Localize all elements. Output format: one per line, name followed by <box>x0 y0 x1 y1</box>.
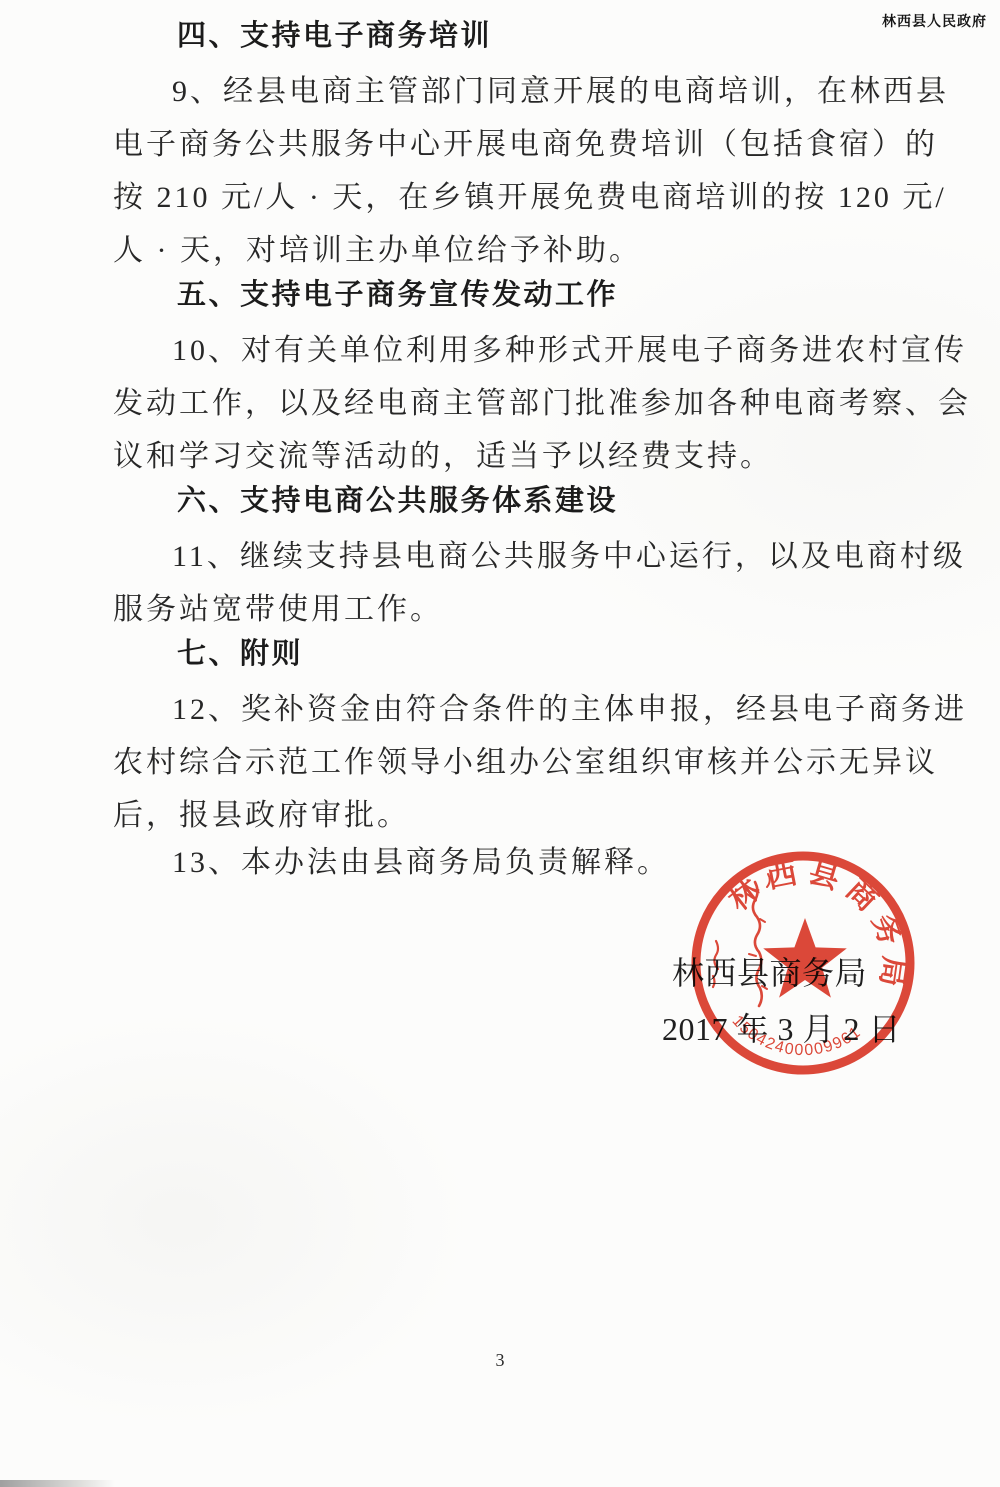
body-line: 9、经县电商主管部门同意开展的电商培训，在林西县 <box>113 65 913 118</box>
body-line: 12、奖补资金由符合条件的主体申报，经县电子商务进 <box>113 683 913 736</box>
section-heading: 六、支持电商公共服务体系建设 <box>113 475 913 528</box>
document-body: 四、支持电子商务培训 9、经县电商主管部门同意开展的电商培训，在林西县 电子商务… <box>113 10 913 889</box>
body-line: 按 210 元/人 · 天，在乡镇开展免费电商培训的按 120 元/ <box>113 171 913 224</box>
official-seal: 林西县商务局 15042400009961 <box>664 826 944 1106</box>
page-number: 3 <box>0 1350 1000 1371</box>
scan-edge-artifact <box>0 1480 115 1487</box>
body-line: 10、对有关单位利用多种形式开展电子商务进农村宣传 <box>113 324 913 377</box>
seal-mongolian-script <box>713 941 718 987</box>
body-line: 农村综合示范工作领导小组办公室组织审核并公示无异议 <box>113 736 913 789</box>
document-page: 林西县人民政府 四、支持电子商务培训 9、经县电商主管部门同意开展的电商培训，在… <box>0 0 1000 1487</box>
section-heading: 四、支持电子商务培训 <box>113 10 913 63</box>
body-line: 发动工作，以及经电商主管部门批准参加各种电商考察、会 <box>113 377 913 430</box>
seal-star-icon <box>763 918 847 998</box>
section-heading: 七、附则 <box>113 628 913 681</box>
body-line: 11、继续支持县电商公共服务中心运行，以及电商村级 <box>113 530 913 583</box>
section-heading: 五、支持电子商务宣传发动工作 <box>113 269 913 322</box>
body-line: 电子商务公共服务中心开展电商免费培训（包括食宿）的 <box>113 118 913 171</box>
